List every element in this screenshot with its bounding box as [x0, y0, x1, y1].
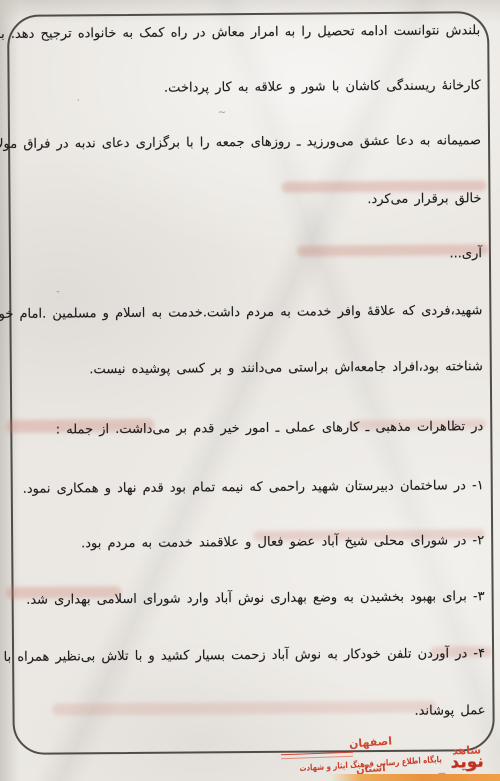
list-item-line: ۱- در ساختمان دبیرستان شهید راحمی که نیم…: [15, 476, 484, 502]
list-item-line: ۴- در آوردن تلفن خودکار به نوش آباد زحمت…: [16, 644, 485, 670]
page-border-frame: [7, 11, 495, 755]
logo-word-navid: نوید: [440, 753, 495, 772]
text-line: در تظاهرات مذهبی ـ کارهای عملی ـ امور خی…: [14, 417, 483, 443]
text-line: آری...: [13, 244, 482, 270]
text-line: کارخانهٔ ریسندگی کاشان با شور و علاقه به…: [12, 76, 481, 102]
scanned-document-page: ~ - · بلندش نتوانست ادامه تحصیل را به ام…: [0, 0, 500, 781]
text-line: شهید،فردی که علاقهٔ وافر خدمت به مردم دا…: [13, 301, 482, 327]
text-line: شناخته بود،افراد جامعه‌اش براستی می‌دانن…: [14, 357, 483, 383]
paper-speck: ~: [218, 108, 226, 118]
text-line: خالق برقرار می‌کرد.: [12, 189, 481, 215]
list-item-line: ۳- برای بهبود بخشیدن به وضع بهداری نوش آ…: [16, 587, 485, 613]
watermark-province-name: اصفهان: [349, 735, 393, 751]
list-item-line: ۲- در شورای محلی شیخ آباد عضو فعال و علا…: [15, 531, 484, 557]
watermark-rule-line: [281, 752, 353, 760]
paper-speck: -: [56, 287, 60, 297]
scan-content: ~ - · بلندش نتوانست ادامه تحصیل را به ام…: [0, 0, 500, 781]
text-line: بلندش نتوانست ادامه تحصیل را به امرار مع…: [11, 21, 480, 47]
text-line: صمیمانه به دعا عشق می‌ورزید ـ روزهای جمع…: [12, 131, 481, 157]
watermark-banner-strip: [330, 774, 500, 781]
text-line: عمل پوشاند.: [16, 701, 485, 727]
